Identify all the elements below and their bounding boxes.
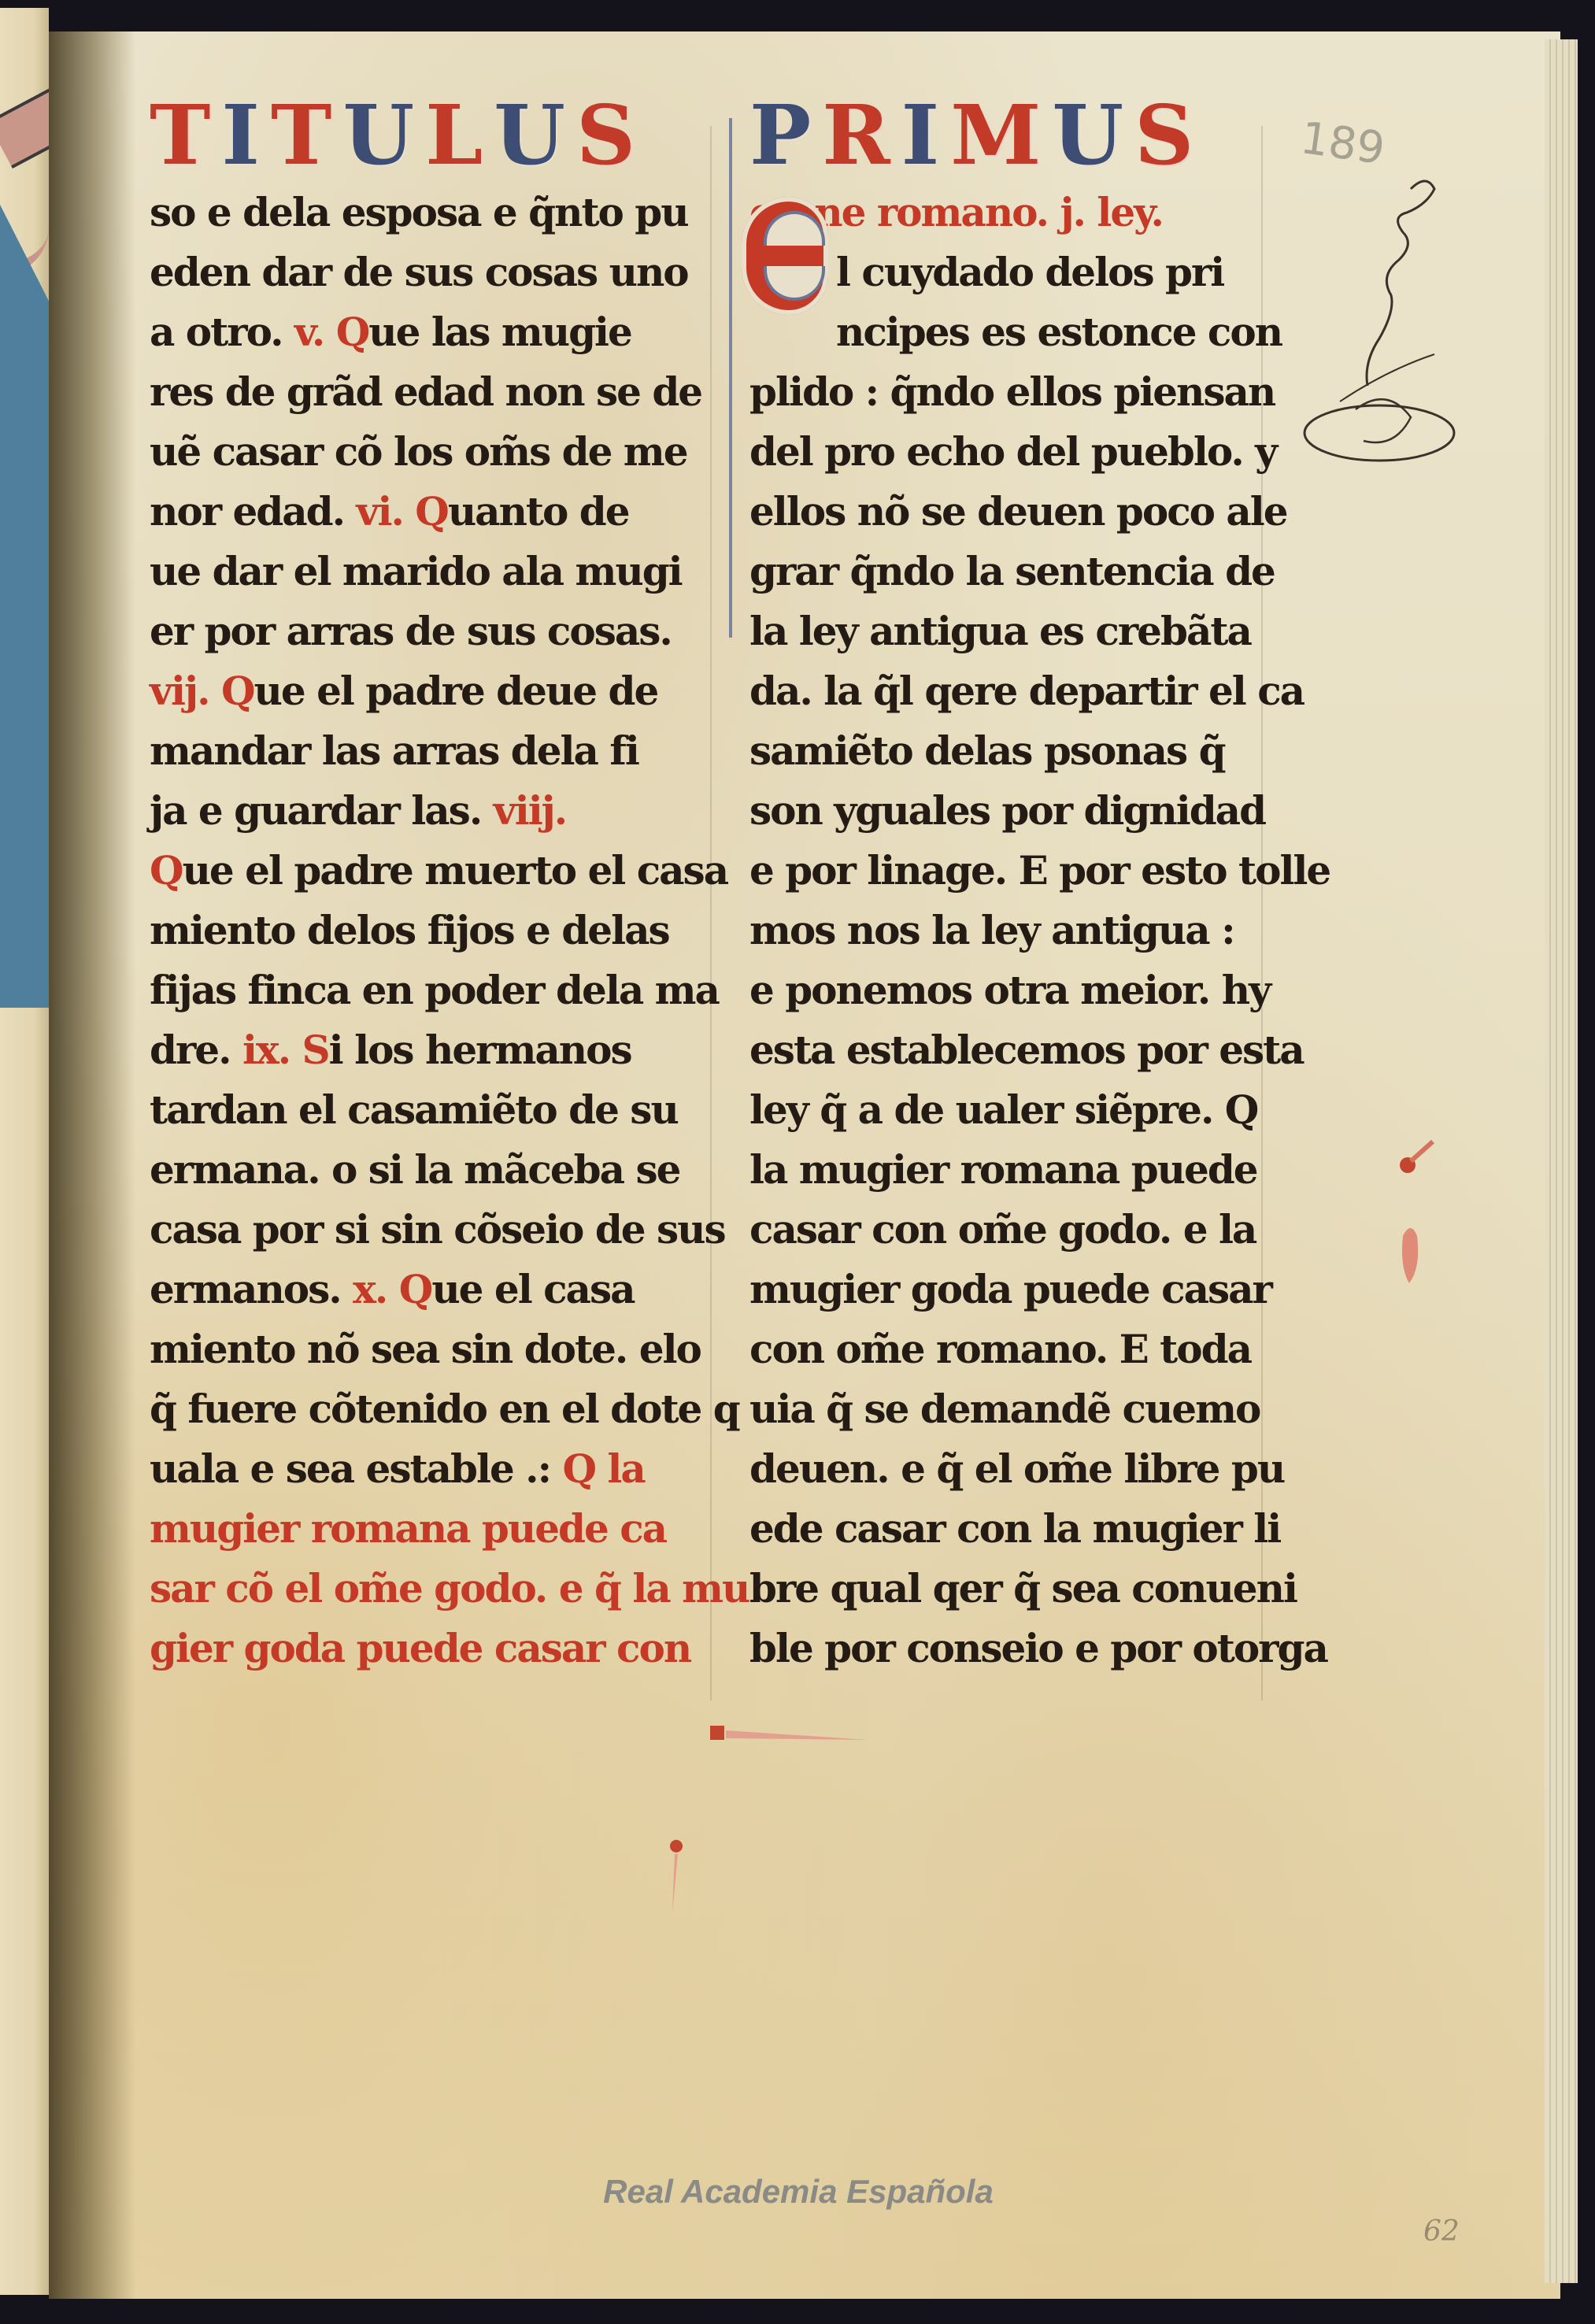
text-segment: ja e guardar las.: [150, 787, 494, 834]
manuscript-line: e ponemos otra meior. hy: [749, 967, 1270, 1014]
gutter-shadow: [49, 31, 135, 2299]
rubric-segment: mugier romana puede ca: [150, 1505, 666, 1552]
text-segment: uanto de: [448, 488, 629, 535]
illuminated-initial-e: [742, 197, 828, 315]
manuscript-line: dre. ix. Si los hermanos: [150, 1027, 631, 1074]
manuscript-line: fijas finca en poder dela ma: [150, 967, 719, 1014]
text-segment: i los hermanos: [329, 1027, 631, 1073]
manuscript-line: miento delos fijos e delas: [150, 907, 669, 954]
heading-letter: U: [342, 88, 425, 183]
heading-letter: U: [1052, 88, 1134, 183]
text-segment: er por arras de sus cosas.: [150, 608, 672, 654]
manuscript-line: ue dar el marido ala mugi: [150, 548, 682, 595]
heading-letter: S: [576, 88, 646, 183]
manuscript-line: nor edad. vi. Quanto de: [150, 488, 629, 535]
manuscript-line: mugier goda puede casar: [749, 1266, 1271, 1313]
text-segment: ue el padre deue de: [254, 668, 658, 714]
text-segment: samiẽto delas psonas q̃: [749, 727, 1225, 774]
text-segment: ermanos.: [150, 1266, 353, 1312]
manuscript-line: Que el padre muerto el casa: [150, 847, 727, 894]
red-ink-mark: [1387, 1134, 1450, 1307]
manuscript-line: plido : q̃ndo ellos piensan: [749, 368, 1275, 416]
manuscript-line: a otro. v. Que las mugie: [150, 309, 631, 356]
manuscript-line: del pro echo del pueblo. y: [749, 428, 1276, 476]
text-segment: plido : q̃ndo ellos piensan: [749, 368, 1275, 415]
text-segment: fijas finca en poder dela ma: [150, 967, 719, 1013]
manuscript-line: grar q̃ndo la sentencia de: [749, 548, 1275, 595]
text-segment: ue el casa: [431, 1266, 634, 1312]
text-segment: e por linage. E por esto tolle: [749, 847, 1330, 894]
manuscript-line: ja e guardar las. viij.: [150, 787, 566, 834]
manuscript-line: uala e sea estable .: Q la: [150, 1445, 645, 1493]
manuscript-line: ncipes es estonce con: [836, 309, 1282, 356]
text-segment: dre.: [150, 1027, 242, 1073]
heading-letter: M: [950, 88, 1052, 183]
text-segment: tardan el casamiẽto de su: [150, 1086, 678, 1133]
manuscript-line: da. la q̃l qere departir el ca: [749, 668, 1304, 715]
text-segment: ellos nõ se deuen poco ale: [749, 488, 1287, 535]
rubric-segment: sar cõ el om̃e godo. e q̃ la mu: [150, 1565, 749, 1612]
text-segment: ble por conseio e por otorga: [749, 1625, 1327, 1671]
manuscript-line: son yguales por dignidad: [749, 787, 1265, 834]
text-segment: miento delos fijos e delas: [150, 907, 669, 953]
text-segment: uẽ casar cõ los om̃s de me: [150, 428, 687, 475]
manuscript-line: er por arras de sus cosas.: [150, 608, 672, 655]
text-segment: ue dar el marido ala mugi: [150, 548, 682, 594]
manuscript-line: ermana. o si la mãceba se: [150, 1146, 679, 1193]
rubric-segment: x. Q: [353, 1266, 431, 1312]
manuscript-line: mugier romana puede ca: [150, 1505, 666, 1552]
manuscript-line: vij. Que el padre deue de: [150, 668, 657, 715]
text-segment: casa por si sin cõseio de sus: [150, 1206, 725, 1253]
manuscript-line: casar con om̃e godo. e la: [749, 1206, 1256, 1253]
text-segment: la ley antigua es crebãta: [749, 608, 1251, 654]
rubric-segment: ix. S: [242, 1027, 329, 1073]
manuscript-line: mandar las arras dela fi: [150, 727, 638, 775]
text-segment: ue el padre muerto el casa: [183, 847, 728, 894]
text-segment: esta establecemos por esta: [749, 1027, 1304, 1073]
text-segment: mos nos la ley antigua :: [749, 907, 1234, 953]
manuscript-line: samiẽto delas psonas q̃: [749, 727, 1225, 775]
manuscript-line: l cuydado delos pri: [836, 249, 1223, 296]
manuscript-line: gier goda puede casar con: [150, 1625, 690, 1672]
rubric-segment: viij.: [494, 787, 567, 834]
heading-letter: I: [221, 88, 271, 183]
text-segment: mandar las arras dela fi: [150, 727, 638, 774]
heading-letter: U: [494, 88, 576, 183]
text-segment: bre qual qer q̃ sea conueni: [749, 1565, 1297, 1612]
heading-letter: T: [271, 88, 342, 183]
manuscript-line: eden dar de sus cosas uno: [150, 249, 688, 296]
rubric-segment: gier goda puede casar con: [150, 1625, 690, 1671]
text-segment: son yguales por dignidad: [749, 787, 1265, 834]
manuscript-line: tardan el casamiẽto de su: [150, 1086, 678, 1134]
rubric-segment: vi. Q: [356, 488, 447, 535]
text-segment: ede casar con la mugier li: [749, 1505, 1280, 1552]
heading-primus: PRIMUS: [749, 88, 1205, 183]
text-segment: ue las mugie: [368, 309, 631, 355]
manuscript-line: sar cõ el om̃e godo. e q̃ la mu: [150, 1565, 749, 1612]
miniature-fragment: [0, 205, 49, 1008]
heading-letter: R: [822, 88, 901, 183]
manuscript-line: deuen. e q̃ el om̃e libre pu: [749, 1445, 1284, 1493]
text-segment: uia q̃ se demandẽ cuemo: [749, 1386, 1260, 1432]
penwork-border: [729, 118, 732, 638]
red-ink-mark: [710, 1716, 883, 1748]
manuscript-line: miento nõ sea sin dote. elo: [150, 1326, 701, 1373]
text-segment: miento nõ sea sin dote. elo: [150, 1326, 701, 1372]
text-segment: con om̃e romano. E toda: [749, 1326, 1251, 1372]
manuscript-line: casa por si sin cõseio de sus: [150, 1206, 725, 1253]
manuscript-line: ley q̃ a de ualer siẽpre. Q: [749, 1086, 1257, 1134]
manuscript-folio: TITULUS so e dela esposa e q̃nto pueden …: [49, 31, 1560, 2299]
rubric-segment: v. Q: [294, 309, 368, 355]
manuscript-line: la ley antigua es crebãta: [749, 608, 1251, 655]
manuscript-line: res de grãd edad non se de: [150, 368, 701, 416]
text-segment: a otro.: [150, 309, 294, 355]
ruling-line: [710, 126, 712, 1700]
text-segment: mugier goda puede casar: [749, 1266, 1271, 1312]
manuscript-line: esta establecemos por esta: [749, 1027, 1304, 1074]
red-ink-mark: [663, 1838, 694, 1925]
text-segment: la mugier romana puede: [749, 1146, 1257, 1193]
manuscript-line: ede casar con la mugier li: [749, 1505, 1280, 1552]
text-segment: uala e sea estable .:: [150, 1445, 562, 1492]
heading-letter: T: [150, 88, 221, 183]
manuscript-line: la mugier romana puede: [749, 1146, 1257, 1193]
heading-titulus: TITULUS: [150, 88, 646, 183]
manuscript-line: so e dela esposa e q̃nto pu: [150, 189, 688, 236]
text-segment: nor edad.: [150, 488, 356, 535]
manuscript-line: mos nos la ley antigua :: [749, 907, 1234, 954]
heading-letter: S: [1134, 88, 1205, 183]
text-segment: casar con om̃e godo. e la: [749, 1206, 1256, 1253]
text-segment: e ponemos otra meior. hy: [749, 967, 1270, 1013]
adjacent-page-fragment: [0, 8, 49, 2295]
folio-number: 62: [1423, 2215, 1460, 2248]
text-segment: l cuydado delos pri: [836, 249, 1223, 295]
rubric-segment: Q: [150, 847, 183, 894]
heading-letter: P: [749, 88, 822, 183]
text-segment: res de grãd edad non se de: [150, 368, 701, 415]
text-segment: deuen. e q̃ el om̃e libre pu: [749, 1445, 1284, 1492]
text-segment: so e dela esposa e q̃nto pu: [150, 189, 688, 235]
pen-flourish-icon: [1293, 165, 1482, 464]
rubric-segment: vij. Q: [150, 668, 254, 714]
text-segment: del pro echo del pueblo. y: [749, 428, 1276, 475]
rubric-segment: Q la: [562, 1445, 644, 1492]
manuscript-line: ble por conseio e por otorga: [749, 1625, 1327, 1672]
manuscript-line: uia q̃ se demandẽ cuemo: [749, 1386, 1260, 1433]
heading-letter: L: [425, 88, 494, 183]
text-segment: eden dar de sus cosas uno: [150, 249, 688, 295]
text-segment: q̃ fuere cõtenido en el dote q: [150, 1386, 739, 1432]
manuscript-line: uẽ casar cõ los om̃s de me: [150, 428, 687, 476]
manuscript-line: con om̃e romano. E toda: [749, 1326, 1251, 1373]
manuscript-line: e por linage. E por esto tolle: [749, 847, 1330, 894]
text-segment: ncipes es estonce con: [836, 309, 1282, 355]
manuscript-line: ellos nõ se deuen poco ale: [749, 488, 1287, 535]
text-segment: ermana. o si la mãceba se: [150, 1146, 679, 1193]
text-segment: da. la q̃l qere departir el ca: [749, 668, 1304, 714]
heading-letter: I: [901, 88, 951, 183]
manuscript-line: q̃ fuere cõtenido en el dote q: [150, 1386, 739, 1433]
manuscript-line: ermanos. x. Que el casa: [150, 1266, 635, 1313]
watermark: Real Academia Española: [546, 2173, 1050, 2211]
manuscript-line: bre qual qer q̃ sea conueni: [749, 1565, 1297, 1612]
page-fore-edge: [1545, 39, 1578, 2283]
text-segment: ley q̃ a de ualer siẽpre. Q: [749, 1086, 1257, 1133]
text-segment: grar q̃ndo la sentencia de: [749, 548, 1275, 594]
